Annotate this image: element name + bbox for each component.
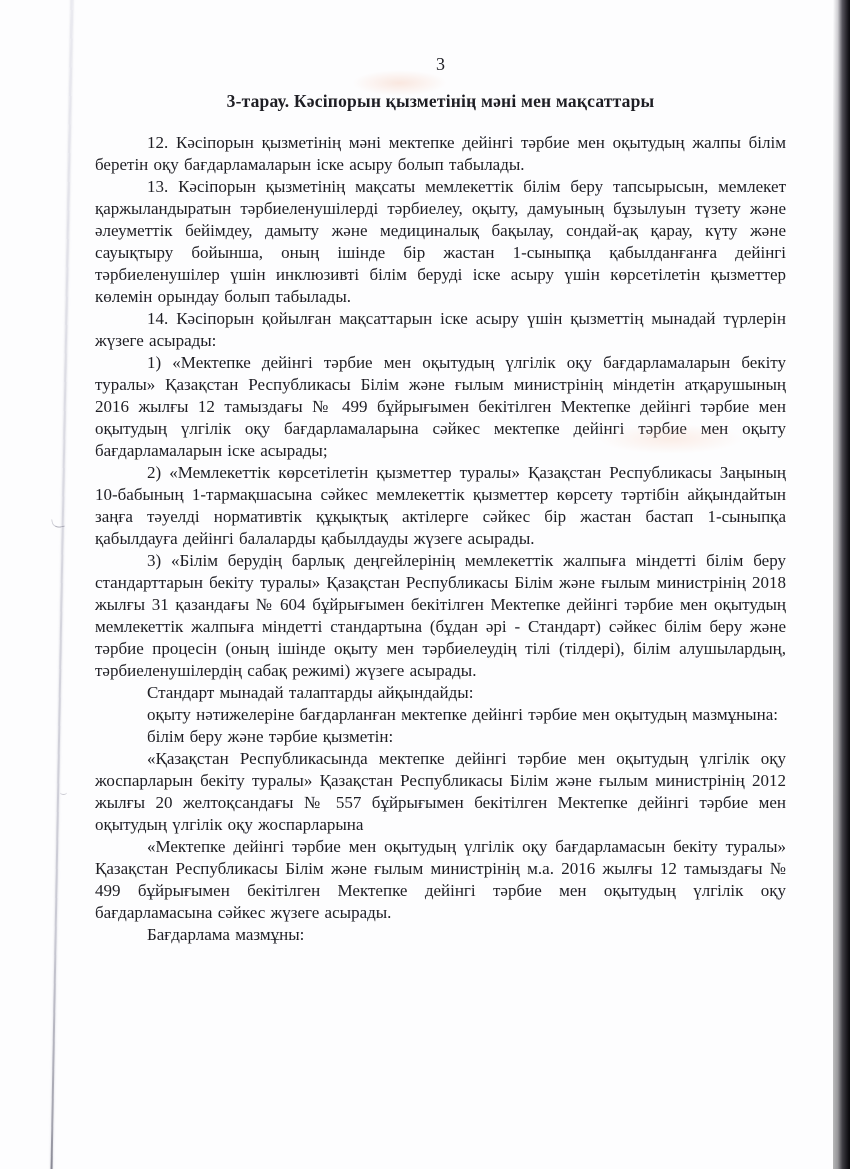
paragraph-14-item-1: 1) «Мектепке дейінгі тәрбие мен оқытудың…: [95, 352, 786, 462]
document-body: 12. Кәсіпорын қызметінің мәні мектепке д…: [95, 132, 786, 946]
paragraph-14-intro: 14. Кәсіпорын қойылған мақсаттарын іске …: [95, 308, 786, 352]
paragraph-education-activity: білім беру және тәрбие қызметін:: [95, 726, 786, 748]
paragraph-13: 13. Кәсіпорын қызметінің мақсаты мемлеке…: [95, 176, 786, 308]
paragraph-standard-intro: Стандарт мынадай талаптарды айқындайды:: [95, 682, 786, 704]
paragraph-standard-content: оқыту нәтижелеріне бағдарланған мектепке…: [95, 704, 786, 726]
paragraph-curriculum-program: «Мектепке дейінгі тәрбие мен оқытудың үл…: [95, 836, 786, 924]
pen-mark-artifact: [60, 790, 67, 795]
paragraph-14-item-3: 3) «Білім берудің барлық деңгейлерінің м…: [95, 550, 786, 682]
paragraph-12: 12. Кәсіпорын қызметінің мәні мектепке д…: [95, 132, 786, 176]
scan-edge-shadow-artifact: [833, 0, 850, 1169]
chapter-heading: 3-тарау. Кәсіпорын қызметінің мәні мен м…: [95, 91, 786, 112]
paragraph-program-content: Бағдарлама мазмұны:: [95, 924, 786, 946]
scan-fold-line-artifact: [50, 0, 73, 1169]
paragraph-curriculum-plans: «Қазақстан Республикасында мектепке дейі…: [95, 748, 786, 836]
paragraph-14-item-2: 2) «Мемлекеттік көрсетілетін қызметтер т…: [95, 462, 786, 550]
scanned-document-page: 3 3-тарау. Кәсіпорын қызметінің мәні мен…: [0, 0, 850, 1169]
page-number: 3: [95, 54, 786, 74]
